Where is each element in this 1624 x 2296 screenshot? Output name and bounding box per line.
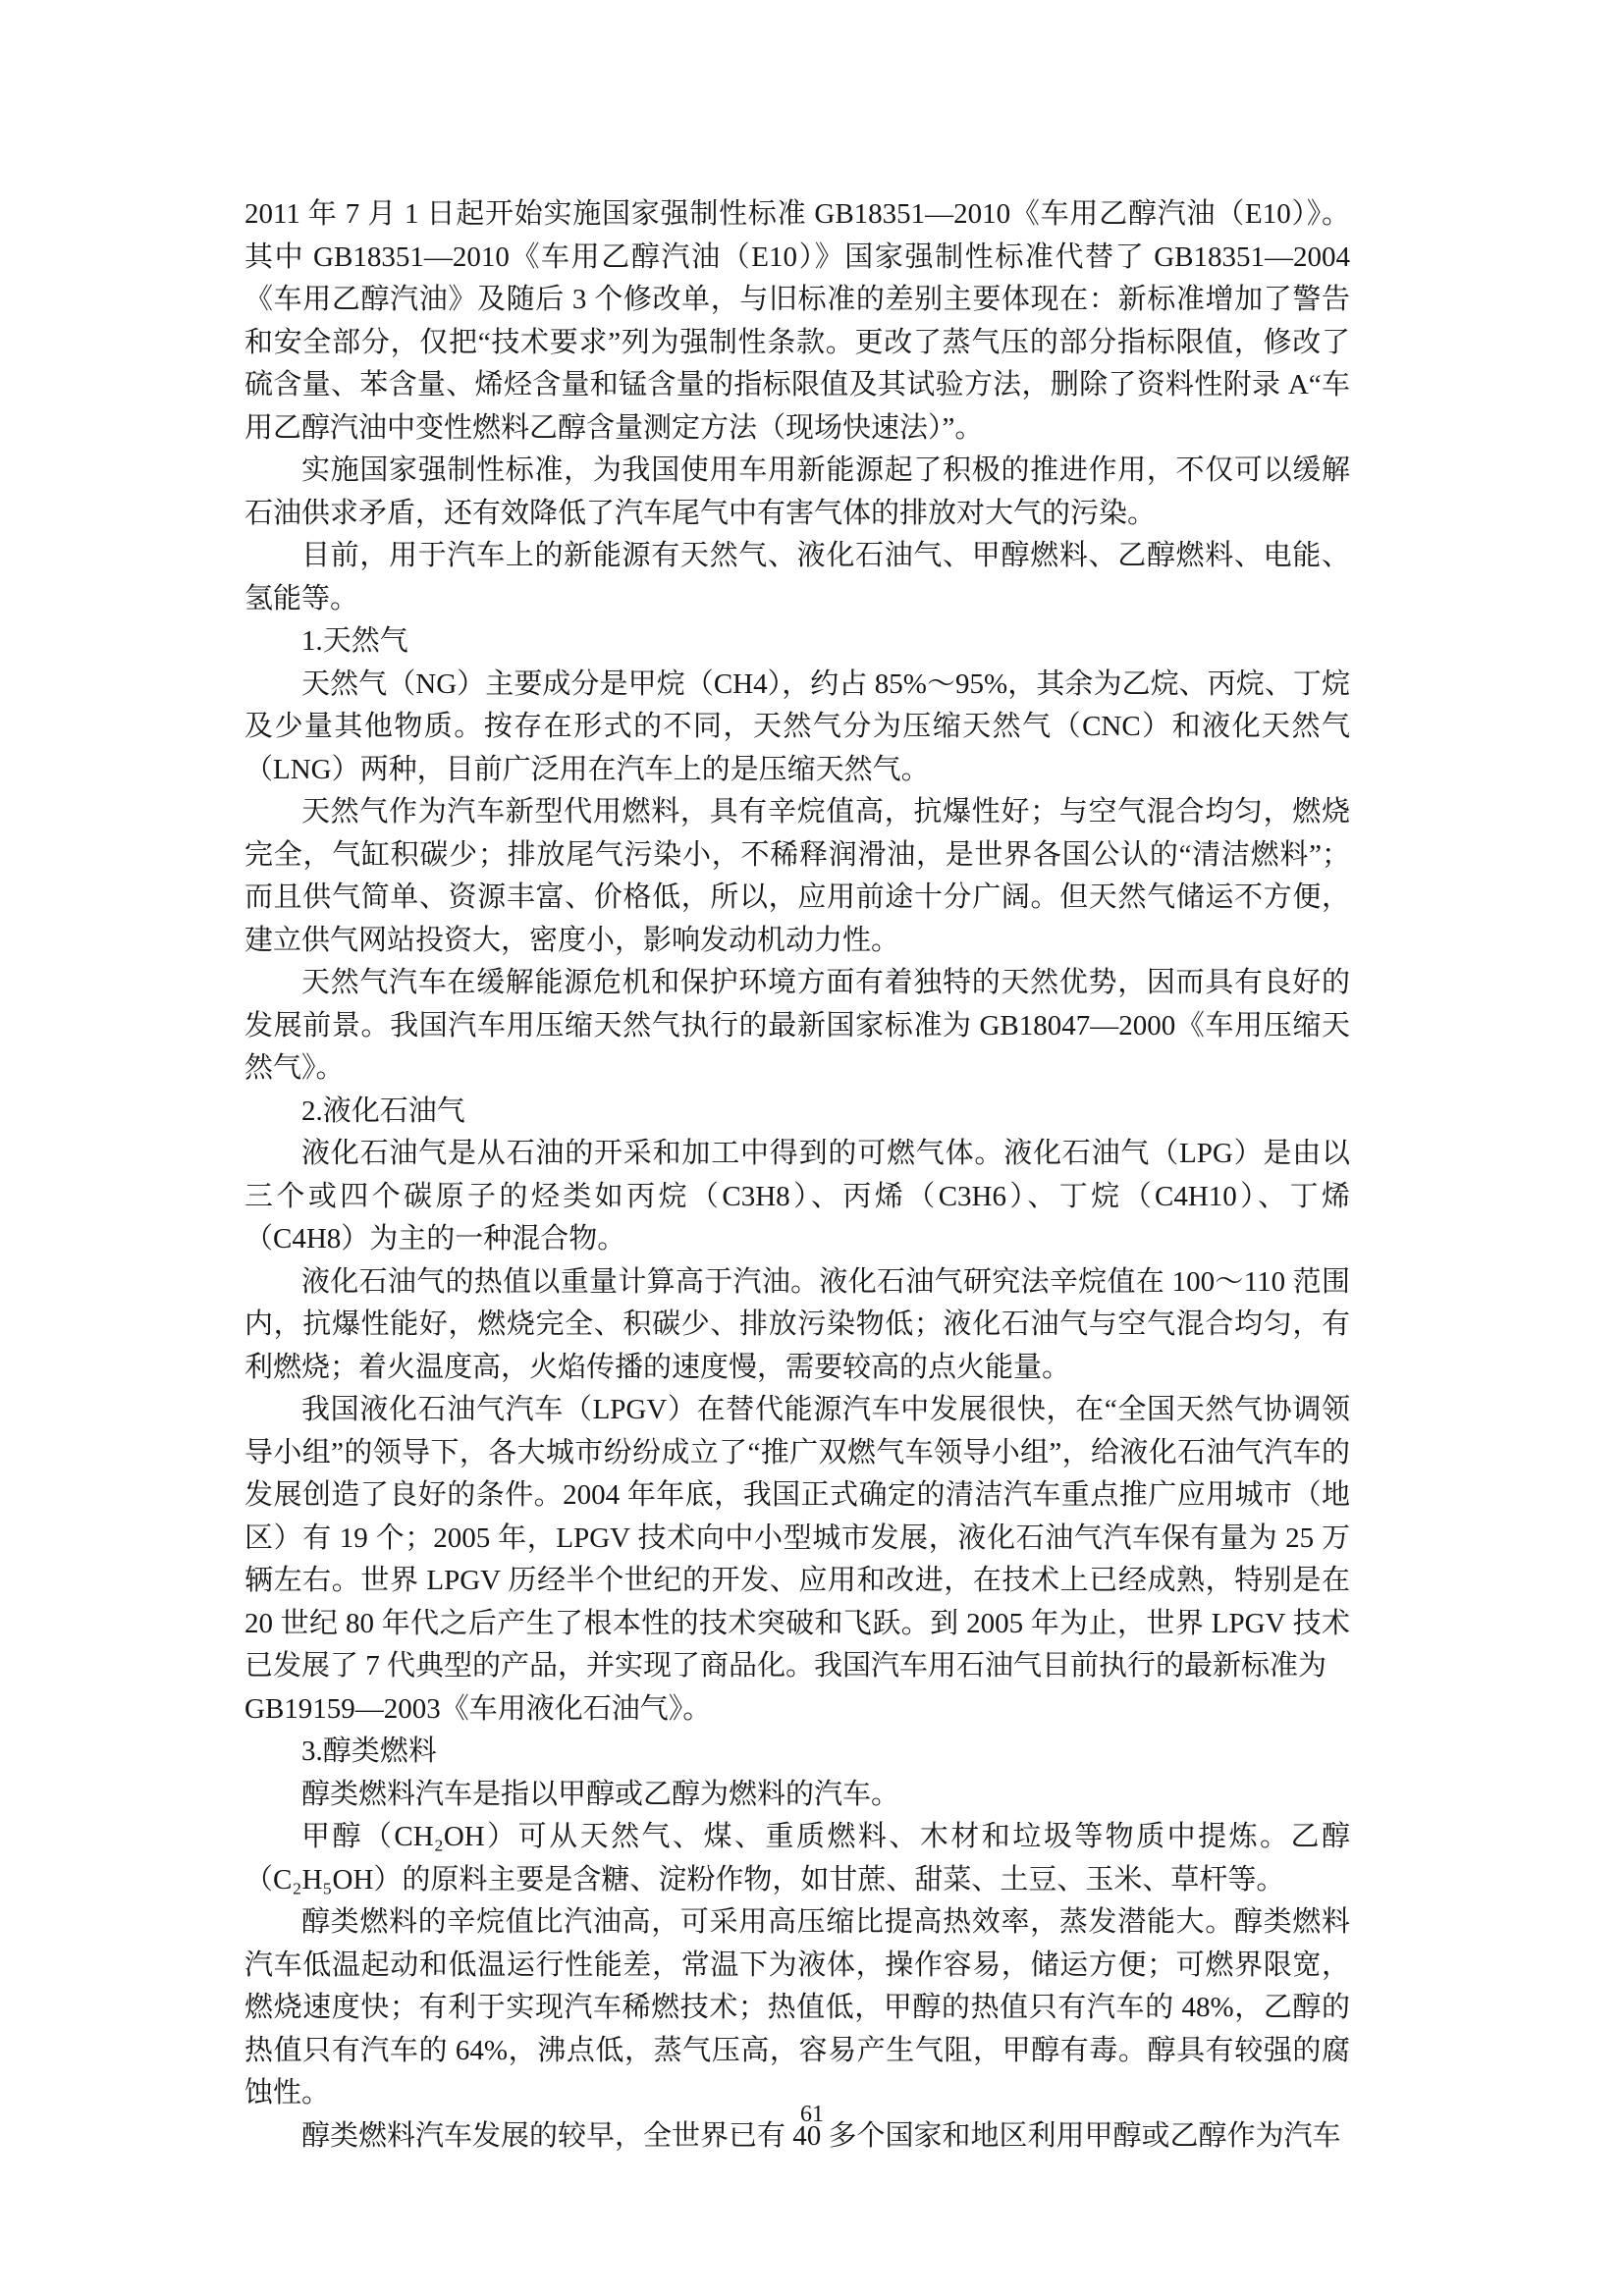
heading-lpg: 2.液化石油气: [244, 1091, 1350, 1134]
para-alcohol-definition: 醇类燃料汽车是指以甲醇或乙醇为燃料的汽车。: [244, 1774, 1350, 1817]
page-number: 61: [0, 2101, 1624, 2128]
para-ng-advantages: 天然气作为汽车新型代用燃料，具有辛烷值高，抗爆性好；与空气混合均匀，燃烧完全，气…: [244, 791, 1350, 962]
para-lpg-composition: 液化石油气是从石油的开采和加工中得到的可燃气体。液化石油气（LPG）是由以三个或…: [244, 1133, 1350, 1261]
heading-alcohol-fuels: 3.醇类燃料: [244, 1731, 1350, 1774]
para-lpgv-development: 我国液化石油气汽车（LPGV）在替代能源汽车中发展很快，在“全国天然气协调领导小…: [244, 1389, 1350, 1688]
para-e10-standard: 2011 年 7 月 1 日起开始实施国家强制性标准 GB18351—2010《…: [244, 193, 1350, 450]
para-lpg-standard: GB19159—2003《车用液化石油气》。: [244, 1688, 1350, 1732]
para-ng-composition: 天然气（NG）主要成分是甲烷（CH4），约占 85%～95%，其余为乙烷、丙烷、…: [244, 664, 1350, 792]
para-alcohol-properties: 醇类燃料的辛烷值比汽油高，可采用高压缩比提高热效率，蒸发潜能大。醇类燃料汽车低温…: [244, 1901, 1350, 2115]
document-page: 2011 年 7 月 1 日起开始实施国家强制性标准 GB18351—2010《…: [0, 0, 1624, 2296]
para-new-energy-types: 目前，用于汽车上的新能源有天然气、液化石油气、甲醇燃料、乙醇燃料、电能、氢能等。: [244, 535, 1350, 620]
para-lpg-properties: 液化石油气的热值以重量计算高于汽油。液化石油气研究法辛烷值在 100～110 范…: [244, 1261, 1350, 1390]
para-alcohol-sources: 甲醇（CH₂OH）可从天然气、煤、重质燃料、木材和垃圾等物质中提炼。乙醇（C₂H…: [244, 1816, 1350, 1901]
heading-natural-gas: 1.天然气: [244, 620, 1350, 664]
para-standard-benefits: 实施国家强制性标准，为我国使用车用新能源起了积极的推进作用，不仅可以缓解石油供求…: [244, 450, 1350, 535]
para-ng-prospects: 天然气汽车在缓解能源危机和保护环境方面有着独特的天然优势，因而具有良好的发展前景…: [244, 962, 1350, 1091]
document-body: 2011 年 7 月 1 日起开始实施国家强制性标准 GB18351—2010《…: [244, 193, 1350, 2158]
